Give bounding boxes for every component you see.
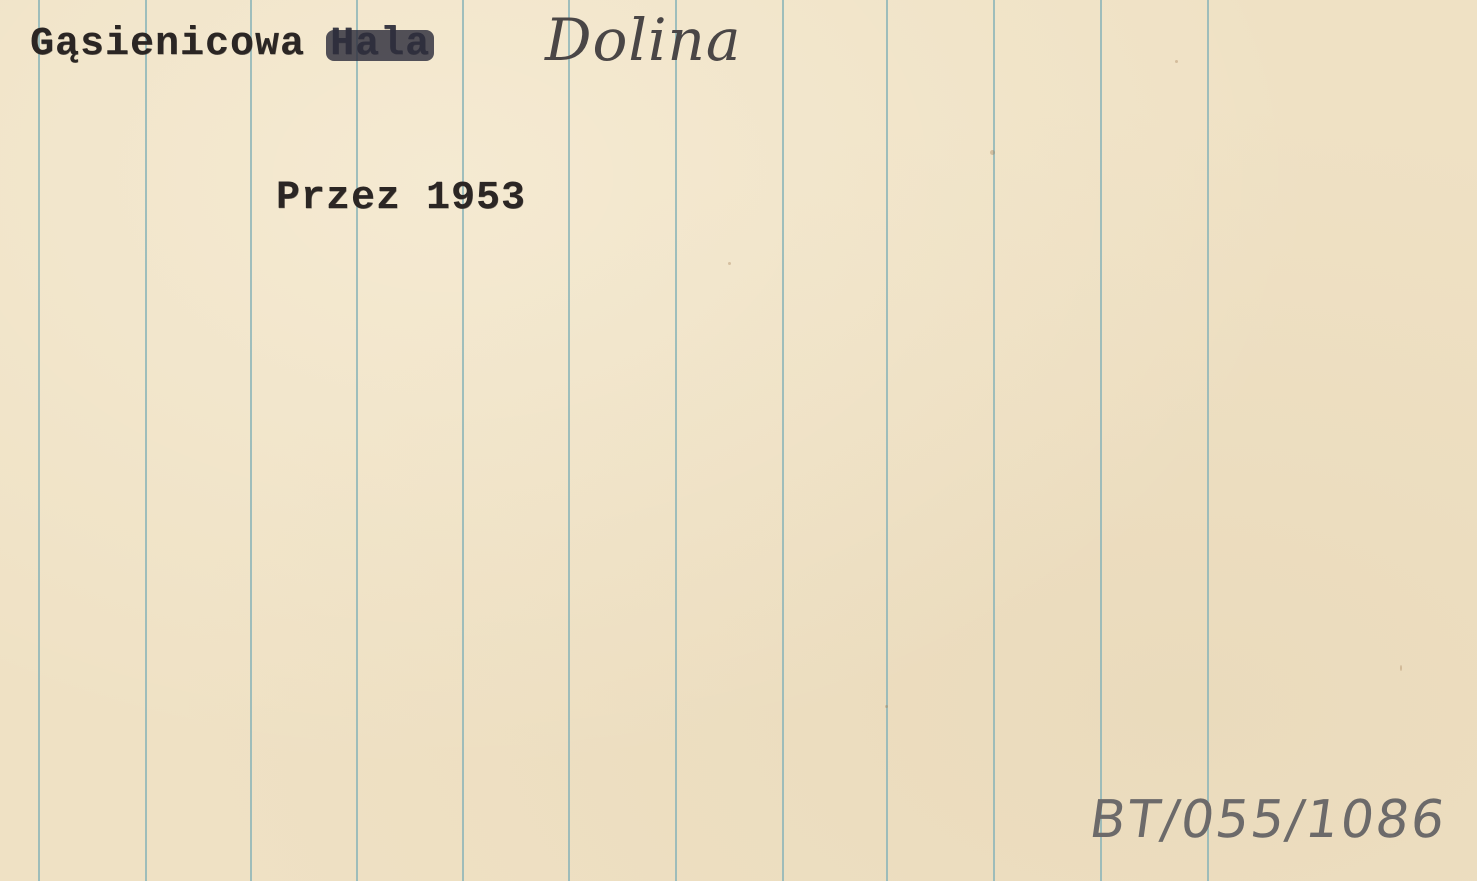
ruled-line xyxy=(462,0,464,881)
ruled-line xyxy=(782,0,784,881)
heading-typed-line: Gąsienicowa Hala xyxy=(30,22,430,67)
index-card: Gąsienicowa Hala Dolina Przez 1953 BT/05… xyxy=(0,0,1477,881)
ruled-line xyxy=(568,0,570,881)
ruled-line xyxy=(145,0,147,881)
typed-place-name: Gąsienicowa xyxy=(30,22,305,67)
date-typed-line: Przez 1953 xyxy=(276,176,526,221)
ruled-line xyxy=(886,0,888,881)
paper-speck xyxy=(885,705,888,708)
paper-speck xyxy=(728,262,731,265)
paper-speck xyxy=(1400,665,1402,671)
ruled-line xyxy=(250,0,252,881)
paper-speck xyxy=(1175,60,1178,63)
struck-out-word: Hala xyxy=(330,22,430,67)
ruled-line xyxy=(675,0,677,881)
paper-speck xyxy=(990,150,995,155)
ruled-line xyxy=(356,0,358,881)
handwritten-correction: Dolina xyxy=(545,6,741,74)
ruled-line xyxy=(1207,0,1209,881)
ruled-line xyxy=(1100,0,1102,881)
ruled-line xyxy=(38,0,40,881)
catalog-number: BT/055/1086 xyxy=(1086,790,1451,850)
ruled-line xyxy=(993,0,995,881)
